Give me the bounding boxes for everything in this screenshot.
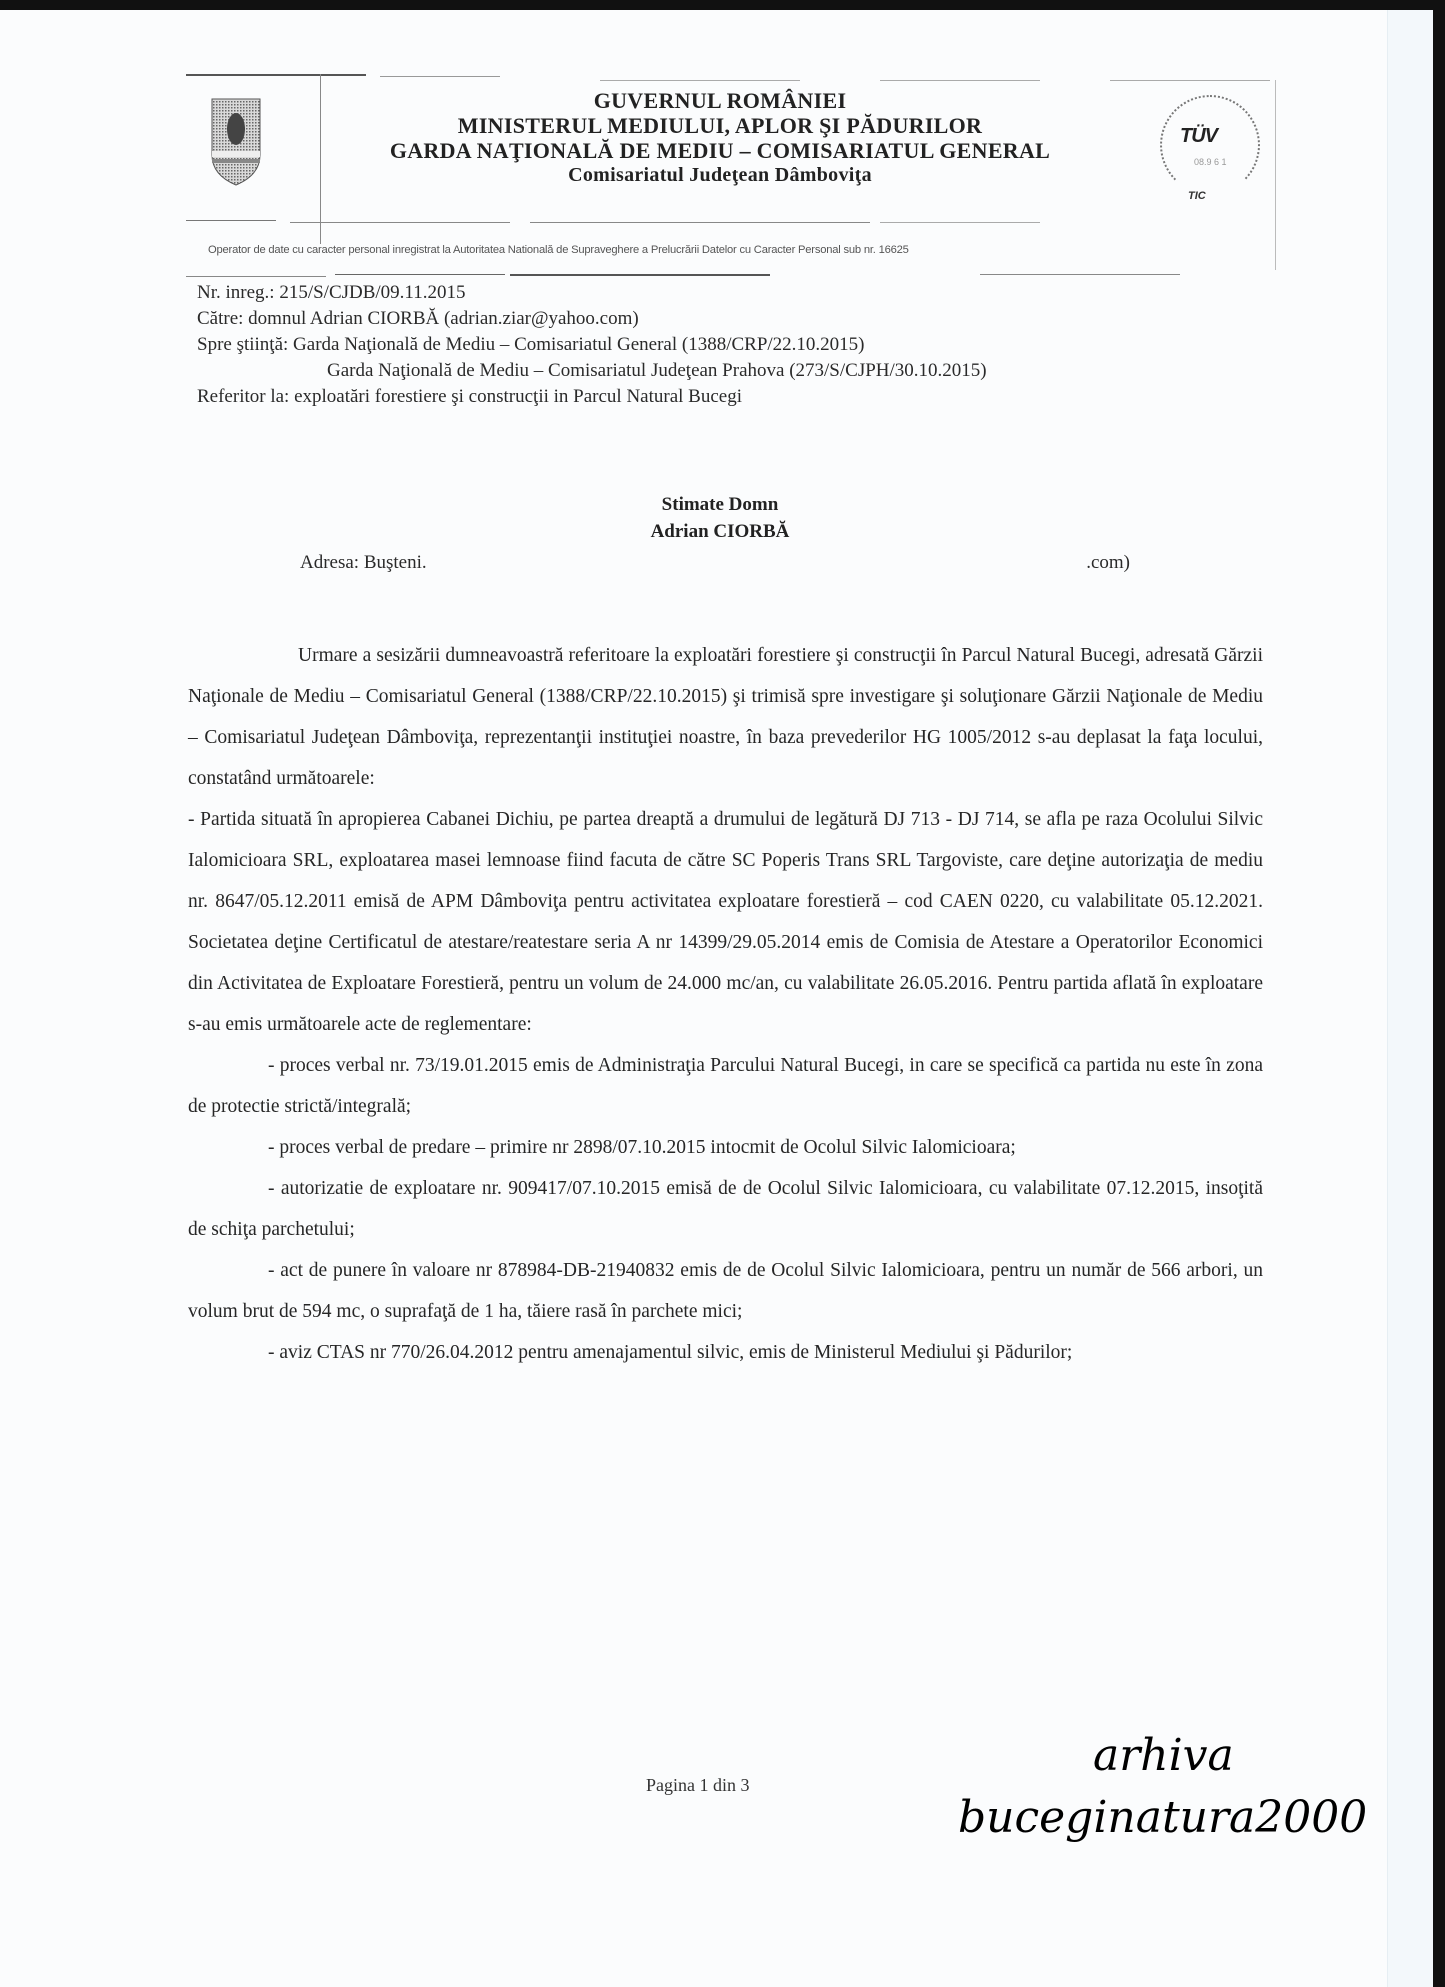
stamp-sub: TIC bbox=[1188, 190, 1206, 202]
watermark-line-1: arhiva bbox=[958, 1725, 1408, 1787]
address-label: Adresa: Buşteni. bbox=[300, 552, 427, 573]
divider bbox=[1110, 80, 1270, 81]
watermark-line-2: buceginatura2000 bbox=[958, 1787, 1408, 1849]
salutation-name: Adrian CIORBĂ bbox=[420, 518, 1020, 545]
cc-line-2: Garda Naţională de Mediu – Comisariatul … bbox=[197, 358, 1297, 384]
list-item: - act de punere în valoare nr 878984-DB-… bbox=[188, 1250, 1263, 1332]
stamp-code: 08.9 6 1 bbox=[1194, 157, 1227, 167]
divider bbox=[1275, 80, 1276, 270]
scan-edge bbox=[1387, 10, 1433, 1987]
divider bbox=[335, 274, 505, 275]
list-item: - autorizatie de exploatare nr. 909417/0… bbox=[188, 1168, 1263, 1250]
list-item: - aviz CTAS nr 770/26.04.2012 pentru ame… bbox=[188, 1332, 1263, 1373]
certification-stamp: TÜV 08.9 6 1 TIC bbox=[1150, 95, 1270, 205]
divider bbox=[880, 80, 1040, 81]
salutation-greeting: Stimate Domn bbox=[420, 491, 1020, 518]
divider bbox=[530, 222, 870, 223]
letter-body: Urmare a sesizării dumneavoastră referit… bbox=[188, 635, 1263, 1373]
data-operator-note: Operator de date cu caracter personal in… bbox=[208, 244, 1278, 256]
divider bbox=[600, 80, 800, 81]
recipient: Către: domnul Adrian CIORBĂ (adrian.ziar… bbox=[197, 306, 1297, 332]
coat-of-arms-icon bbox=[210, 95, 262, 187]
divider bbox=[186, 220, 276, 221]
divider bbox=[186, 276, 326, 277]
header-government: GUVERNUL ROMÂNIEI bbox=[300, 88, 1140, 113]
page-number: Pagina 1 din 3 bbox=[646, 1775, 750, 1796]
divider bbox=[290, 222, 510, 223]
divider bbox=[880, 222, 1040, 223]
address-tail: .com) bbox=[1086, 552, 1130, 574]
list-item: - proces verbal de predare – primire nr … bbox=[188, 1127, 1263, 1168]
divider bbox=[980, 274, 1180, 275]
header-ministry: MINISTERUL MEDIULUI, APLOR ŞI PĂDURILOR bbox=[300, 113, 1140, 138]
divider bbox=[510, 274, 770, 276]
header-agency: GARDA NAŢIONALĂ DE MEDIU – COMISARIATUL … bbox=[300, 138, 1140, 163]
list-item: - proces verbal nr. 73/19.01.2015 emis d… bbox=[188, 1045, 1263, 1127]
tuv-logo-icon: TÜV bbox=[1180, 125, 1217, 148]
header-county-office: Comisariatul Judeţean Dâmboviţa bbox=[300, 163, 1140, 188]
letter-meta: Nr. inreg.: 215/S/CJDB/09.11.2015 Către:… bbox=[197, 280, 1297, 410]
archive-watermark: arhiva buceginatura2000 bbox=[958, 1725, 1408, 1849]
finding-paragraph: - Partida situată în apropierea Cabanei … bbox=[188, 799, 1263, 1045]
intro-paragraph: Urmare a sesizării dumneavoastră referit… bbox=[188, 635, 1263, 799]
divider bbox=[380, 76, 500, 77]
cc-line-1: Spre ştiinţă: Garda Naţională de Mediu –… bbox=[197, 332, 1297, 358]
institution-header: GUVERNUL ROMÂNIEI MINISTERUL MEDIULUI, A… bbox=[300, 88, 1140, 188]
salutation: Stimate Domn Adrian CIORBĂ bbox=[420, 491, 1020, 545]
address-line: Adresa: Buşteni. .com) bbox=[300, 552, 1130, 574]
registration-number: Nr. inreg.: 215/S/CJDB/09.11.2015 bbox=[197, 280, 1297, 306]
divider bbox=[186, 74, 366, 76]
subject-line: Referitor la: exploatări forestiere şi c… bbox=[197, 384, 1297, 410]
